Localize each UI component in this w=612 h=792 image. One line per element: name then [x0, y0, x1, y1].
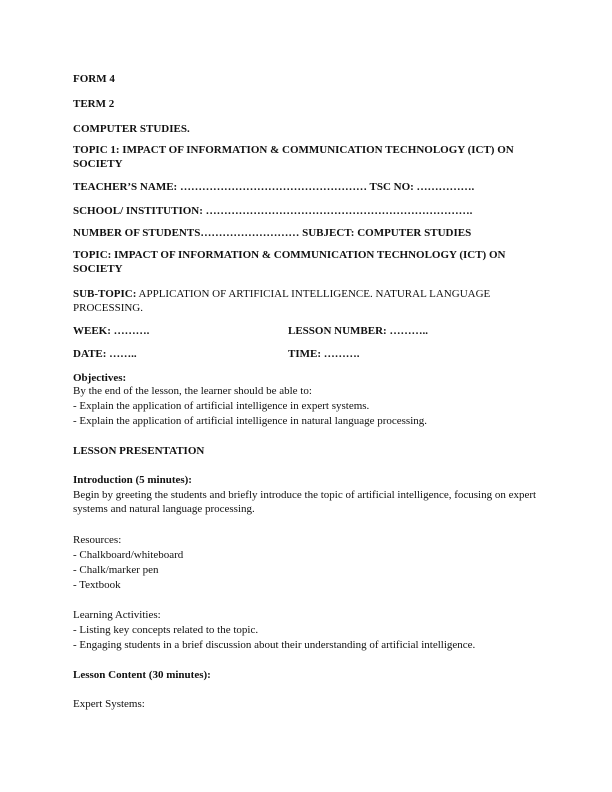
lesson-content-heading: Lesson Content (30 minutes): [73, 668, 211, 682]
teacher-name-field: TEACHER’S NAME: …………………………………………… TSC NO… [73, 180, 474, 194]
resource-item: - Chalkboard/whiteboard [73, 548, 183, 562]
time-field: TIME: ………. [288, 347, 360, 361]
topic1-heading: TOPIC 1: IMPACT OF INFORMATION & COMMUNI… [73, 143, 543, 171]
lesson-number-field: LESSON NUMBER: ……….. [288, 324, 428, 338]
expert-systems-subheading: Expert Systems: [73, 697, 145, 711]
learning-activities-heading: Learning Activities: [73, 608, 161, 622]
learning-activity-item: - Engaging students in a brief discussio… [73, 638, 475, 652]
objectives-intro: By the end of the lesson, the learner sh… [73, 384, 312, 398]
subtopic: SUB-TOPIC: APPLICATION OF ARTIFICIAL INT… [73, 287, 543, 315]
lesson-presentation-heading: LESSON PRESENTATION [73, 444, 204, 458]
form-label: FORM 4 [73, 72, 115, 86]
date-field: DATE: …….. [73, 347, 137, 361]
resource-item: - Chalk/marker pen [73, 563, 159, 577]
objective-item: - Explain the application of artificial … [73, 414, 427, 428]
topic-heading: TOPIC: IMPACT OF INFORMATION & COMMUNICA… [73, 248, 543, 276]
subtopic-label: SUB-TOPIC: [73, 288, 136, 300]
learning-activity-item: - Listing key concepts related to the to… [73, 623, 258, 637]
school-field: SCHOOL/ INSTITUTION: …………………………………………………… [73, 204, 472, 218]
introduction-heading: Introduction (5 minutes): [73, 473, 192, 487]
students-subject-field: NUMBER OF STUDENTS……………………… SUBJECT: COM… [73, 226, 471, 240]
objectives-heading: Objectives: [73, 371, 126, 385]
week-field: WEEK: ………. [73, 324, 149, 338]
objective-item: - Explain the application of artificial … [73, 399, 369, 413]
document-page: FORM 4 TERM 2 COMPUTER STUDIES. TOPIC 1:… [0, 0, 612, 792]
subtopic-value: APPLICATION OF ARTIFICIAL INTELLIGENCE. … [73, 288, 490, 314]
resources-heading: Resources: [73, 533, 121, 547]
introduction-text: Begin by greeting the students and brief… [73, 488, 543, 516]
subject-title: COMPUTER STUDIES. [73, 122, 190, 136]
resource-item: - Textbook [73, 578, 121, 592]
term-label: TERM 2 [73, 97, 114, 111]
